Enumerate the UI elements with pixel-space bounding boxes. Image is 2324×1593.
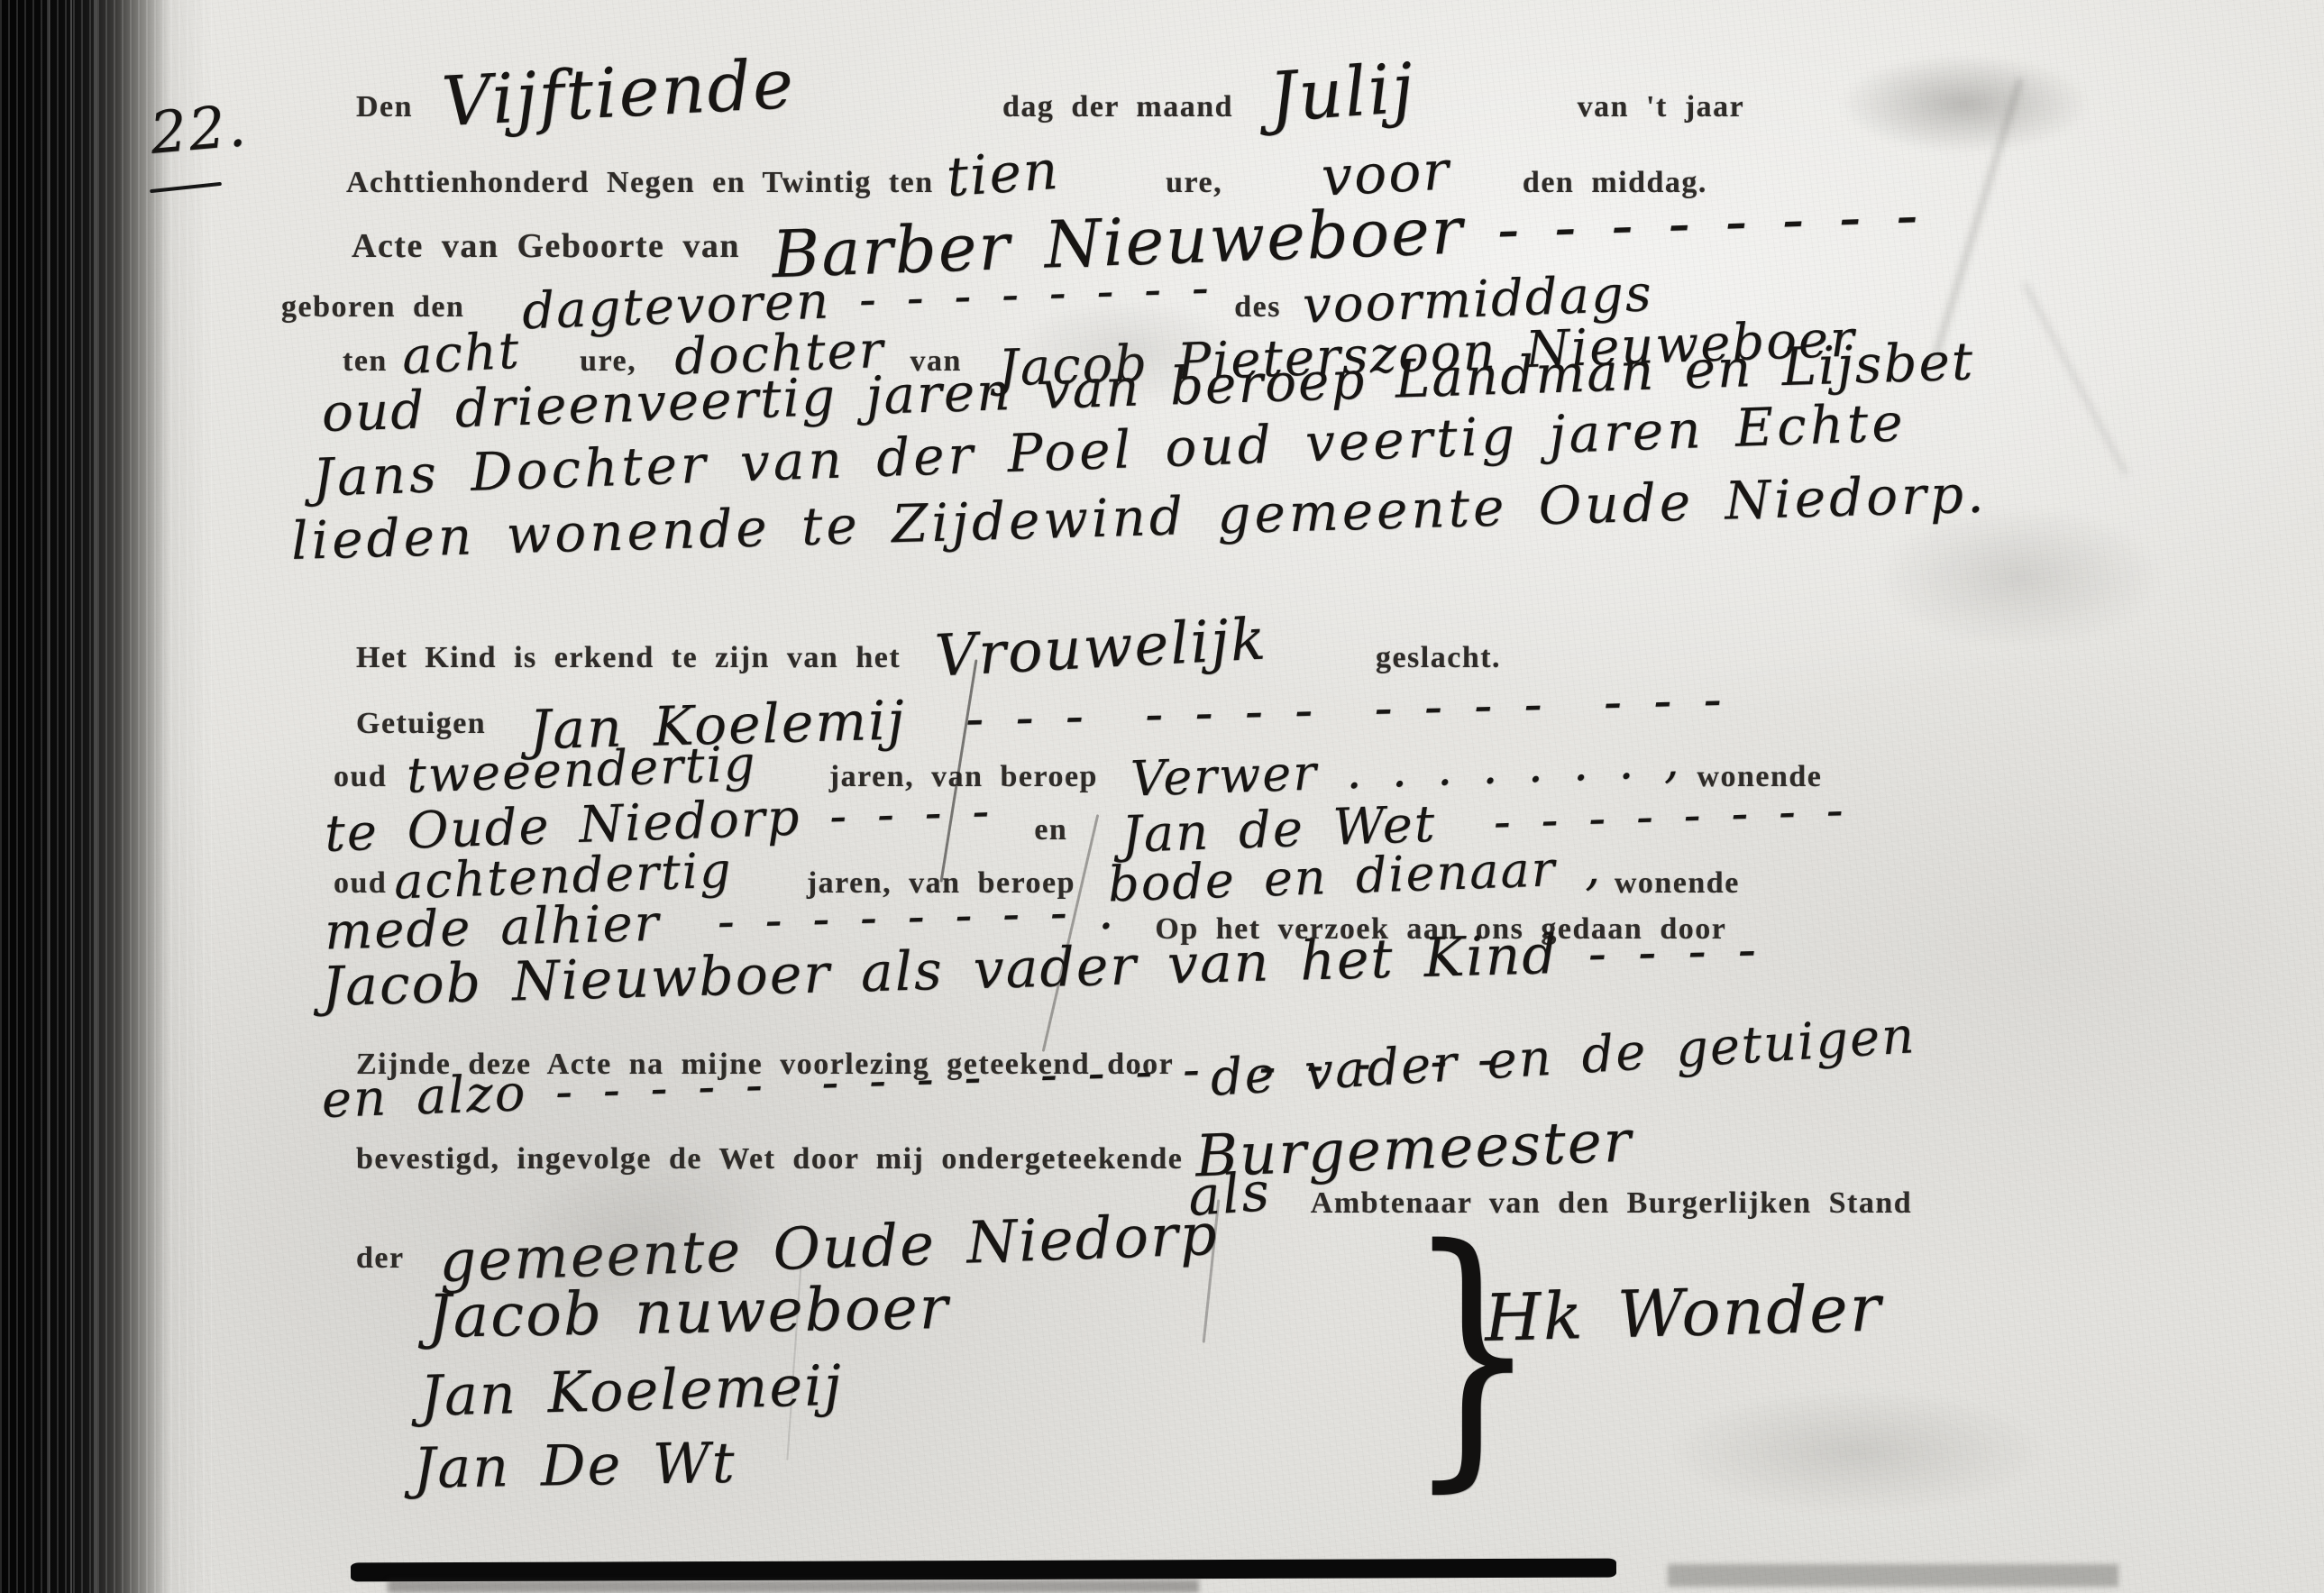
printed-ambtenaar: Ambtenaar van den Burgerlijken Stand: [1311, 1186, 1912, 1221]
printed-en: en: [1034, 813, 1067, 847]
binding-streak: [94, 0, 97, 1593]
signature-witness1-text: Jan Koelemeij: [419, 1352, 844, 1429]
printed-year: Achttienhonderd Negen en Twintig ten: [346, 166, 934, 200]
handwritten-day: Vijftiende: [440, 43, 797, 142]
binding-streak: [47, 0, 50, 1593]
born-line-1: geboren den dagtevoren - - - - - - - - d…: [281, 270, 1652, 329]
signature-official: Hk Wonder: [1484, 1269, 1883, 1356]
scratch-mark: [2023, 282, 2127, 475]
bottom-ghost-writing: [1668, 1564, 2118, 1587]
signature-witness2: Jan De Wt: [413, 1430, 737, 1501]
printed-dag-der-maand: dag der maand: [1002, 90, 1233, 124]
bleedthrough-smudge: [1668, 1388, 2046, 1515]
date-line-1: Den Vijftiende dag der maand Julij van '…: [356, 52, 1744, 133]
printed-bevestigd: bevestigd, ingevolge de Wet door mij ond…: [356, 1142, 1183, 1176]
printed-geslacht: geslacht.: [1376, 641, 1501, 675]
signature-father: Jacob nuweboer: [427, 1273, 950, 1351]
signature-father-text: Jacob nuweboer: [427, 1273, 950, 1351]
witness2-name-line: te Oude Niedorp - - - - en Jan de Wet - …: [325, 793, 1845, 852]
bottom-scan-bar: [351, 1559, 1616, 1582]
printed-den: Den: [356, 90, 413, 124]
printed-getuigen: Getuigen: [356, 707, 486, 741]
scratch-mark: [1931, 78, 2023, 363]
printed-ten: ten: [343, 344, 388, 379]
bleedthrough-smudge: [1839, 54, 2091, 153]
signature-official-text: Hk Wonder: [1484, 1269, 1883, 1356]
gender-line: Het Kind is erkend te zijn van het Vrouw…: [356, 615, 1501, 682]
signature-witness1: Jan Koelemeij: [419, 1352, 844, 1429]
printed-der: der: [356, 1241, 405, 1276]
birth-certificate-scan: 22. Den Vijftiende dag der maand Julij v…: [0, 0, 2324, 1593]
bottom-ghost-writing: [388, 1579, 1199, 1593]
act-number-text: 22.: [148, 93, 251, 168]
municipality-line: der gemeente Oude Niedorp: [356, 1215, 1218, 1282]
bleedthrough-smudge: [1875, 505, 2164, 649]
printed-acte-van-geboorte: Acte van Geboorte van: [352, 226, 740, 266]
book-binding-edge: [0, 0, 212, 1593]
printed-des: des: [1234, 290, 1281, 325]
printed-van-t-jaar: van 't jaar: [1578, 90, 1745, 124]
printed-ure: ure,: [1166, 166, 1222, 200]
handwritten-gender: Vrouwelijk: [933, 606, 1268, 690]
printed-oud-1: oud: [334, 760, 387, 794]
printed-kind-erkend: Het Kind is erkend te zijn van het: [356, 641, 901, 675]
signature-witness2-text: Jan De Wt: [413, 1430, 737, 1501]
printed-geboren-den: geboren den: [281, 290, 464, 325]
handwritten-month: Julij: [1267, 47, 1417, 137]
ambtenaar-line: als Ambtenaar van den Burgerlijken Stand: [1188, 1163, 1912, 1226]
act-number: 22.: [148, 93, 251, 168]
binding-streak: [70, 0, 72, 1593]
